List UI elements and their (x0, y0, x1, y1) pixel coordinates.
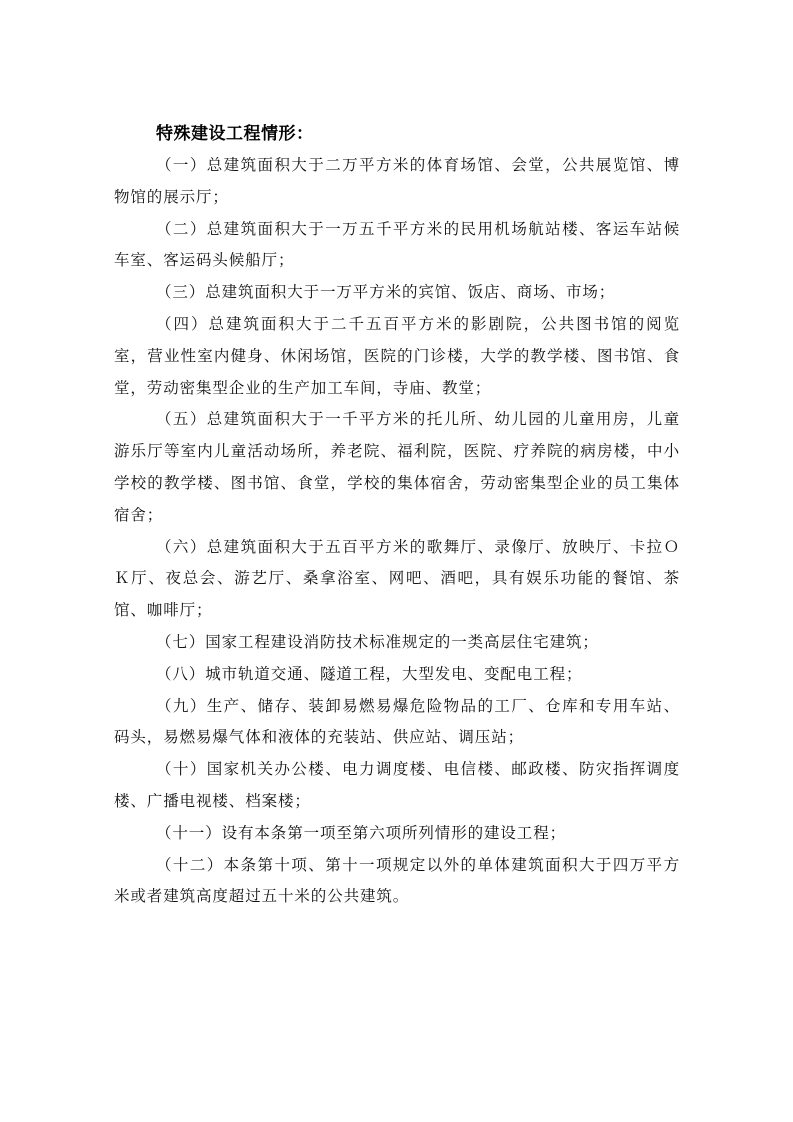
list-item-8: （八）城市轨道交通、隧道工程，大型发电、变配电工程； (114, 659, 680, 691)
list-item-10: （十）国家机关办公楼、电力调度楼、电信楼、邮政楼、防灾指挥调度楼、广播电视楼、档… (114, 754, 680, 818)
list-item-4: （四）总建筑面积大于二千五百平方米的影剧院，公共图书馆的阅览室，营业性室内健身、… (114, 309, 680, 404)
list-item-3: （三）总建筑面积大于一万平方米的宾馆、饭店、商场、市场； (114, 277, 680, 309)
list-item-2: （二）总建筑面积大于一万五千平方米的民用机场航站楼、客运车站候车室、客运码头候船… (114, 214, 680, 278)
list-item-1: （一）总建筑面积大于二万平方米的体育场馆、会堂，公共展览馆、博物馆的展示厅； (114, 150, 680, 214)
list-item-5: （五）总建筑面积大于一千平方米的托儿所、幼儿园的儿童用房，儿童游乐厅等室内儿童活… (114, 404, 680, 531)
list-item-6: （六）总建筑面积大于五百平方米的歌舞厅、录像厅、放映厅、卡拉ＯＫ厅、夜总会、游艺… (114, 532, 680, 627)
list-item-11: （十一）设有本条第一项至第六项所列情形的建设工程； (114, 818, 680, 850)
list-item-9: （九）生产、储存、装卸易燃易爆危险物品的工厂、仓库和专用车站、码头，易燃易爆气体… (114, 691, 680, 755)
list-item-12: （十二）本条第十项、第十一项规定以外的单体建筑面积大于四万平方米或者建筑高度超过… (114, 850, 680, 914)
document-page: 特殊建设工程情形： （一）总建筑面积大于二万平方米的体育场馆、会堂，公共展览馆、… (114, 118, 680, 913)
section-heading: 特殊建设工程情形： (114, 118, 680, 150)
list-item-7: （七）国家工程建设消防技术标准规定的一类高层住宅建筑； (114, 627, 680, 659)
